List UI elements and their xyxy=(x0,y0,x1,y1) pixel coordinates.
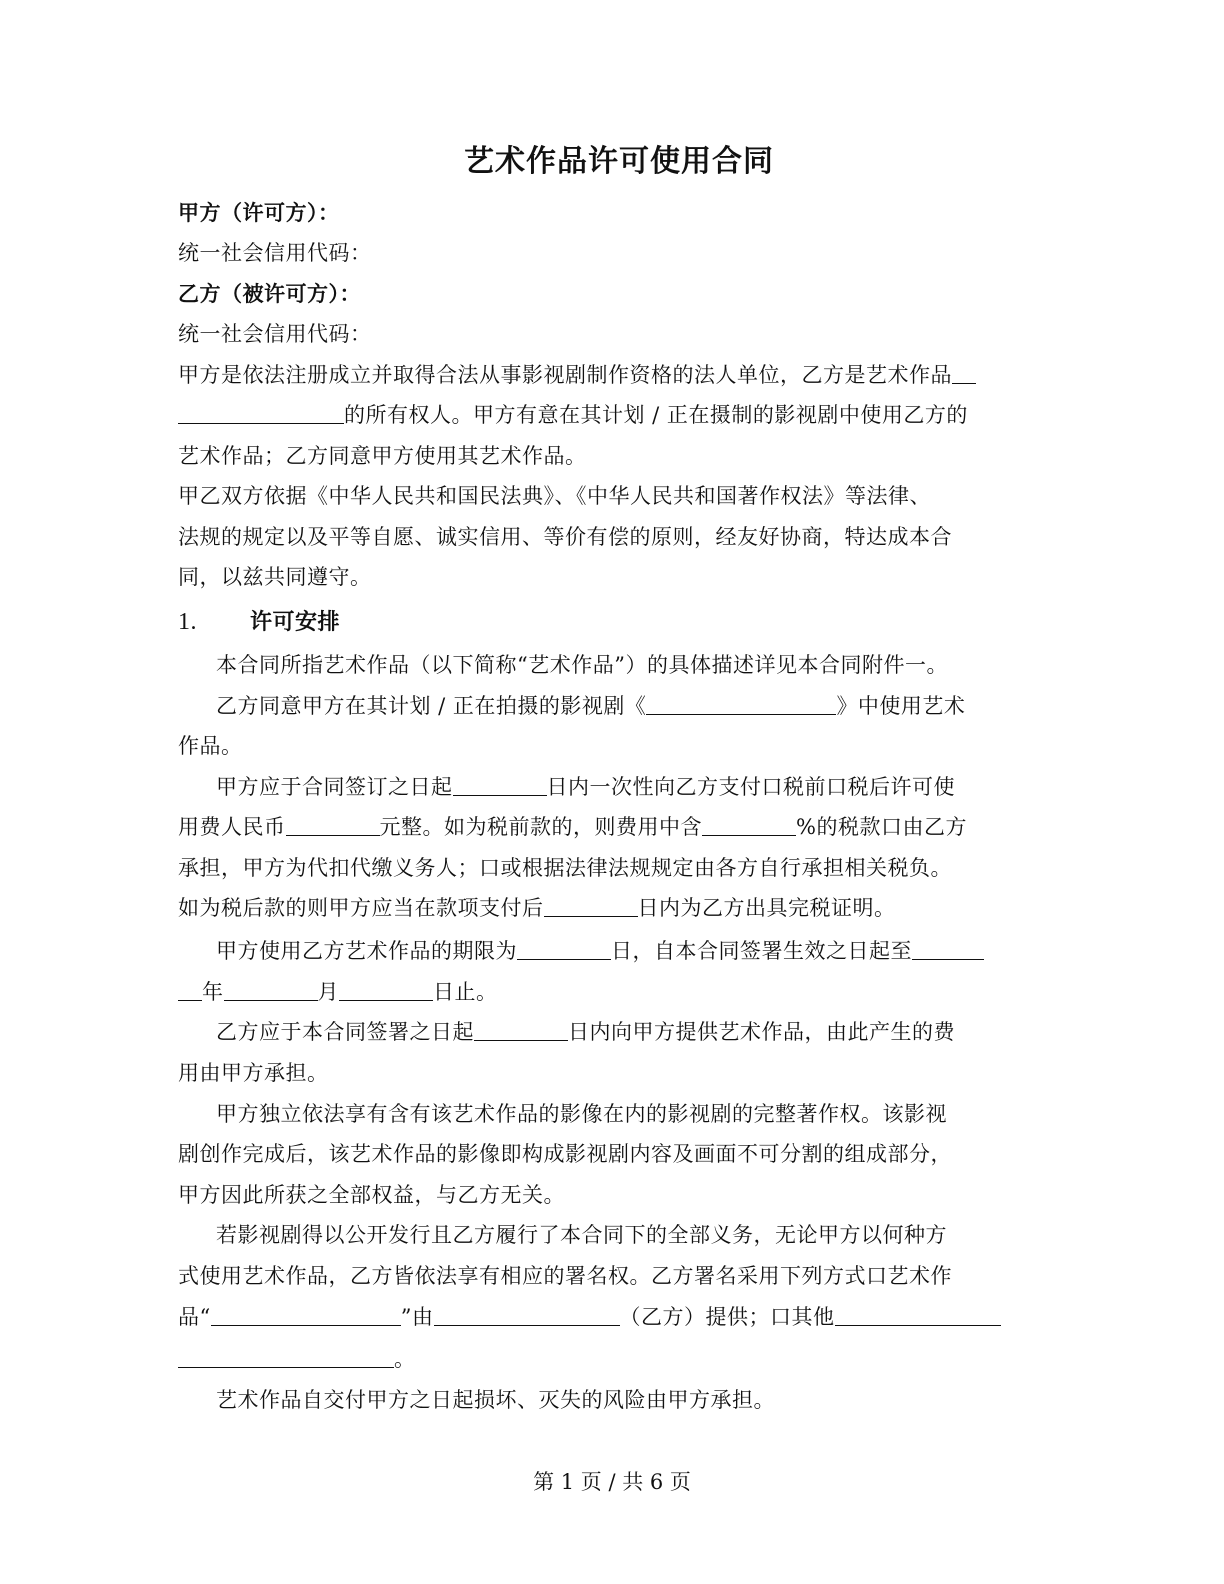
text: 》中使用艺术 xyxy=(836,694,965,718)
text: 品“ xyxy=(178,1305,211,1329)
blank-field[interactable] xyxy=(544,894,638,917)
party-b-label: 乙方（被许可方）： xyxy=(178,274,361,314)
page-footer: 第 1 页 / 共 6 页 xyxy=(0,1464,1224,1500)
text: 元整。如为税前款的，则费用中含 xyxy=(380,815,703,839)
preamble-line: 甲方是依法注册成立并取得合法从事影视剧制作资格的法人单位，乙方是艺术作品 xyxy=(178,355,976,395)
preamble-line: 同，以兹共同遵守。 xyxy=(178,557,372,597)
party-a-credit-code: 统一社会信用代码： xyxy=(178,233,372,273)
blank-field[interactable] xyxy=(211,1303,401,1326)
paragraph-line: 用由甲方承担。 xyxy=(178,1053,329,1093)
paragraph-line: 本合同所指艺术作品（以下简称“艺术作品”）的具体描述详见本合同附件一。 xyxy=(216,645,948,685)
text: 日内为乙方出具完税证明。 xyxy=(638,896,896,920)
document-title: 艺术作品许可使用合同 xyxy=(178,140,1060,184)
paragraph-line: 品“”由（乙方）提供；口其他 xyxy=(178,1297,1001,1337)
text: 如为税后款的则甲方应当在款项支付后 xyxy=(178,896,544,920)
text: 日内向甲方提供艺术作品，由此产生的费 xyxy=(568,1020,955,1044)
blank-field[interactable] xyxy=(952,361,976,384)
text: 乙方同意甲方在其计划 / 正在拍摄的影视剧《 xyxy=(216,694,646,718)
paragraph-line: 甲方使用乙方艺术作品的期限为日，自本合同签署生效之日起至 xyxy=(216,931,984,971)
paragraph-line: 式使用艺术作品，乙方皆依法享有相应的署名权。乙方署名采用下列方式口艺术作 xyxy=(178,1256,952,1296)
text: 日止。 xyxy=(433,980,498,1004)
blank-field[interactable] xyxy=(474,1018,568,1041)
preamble-line: 艺术作品；乙方同意甲方使用其艺术作品。 xyxy=(178,436,587,476)
blank-field[interactable] xyxy=(178,1345,394,1368)
paragraph-line: 作品。 xyxy=(178,726,243,766)
paragraph-line: 如为税后款的则甲方应当在款项支付后日内为乙方出具完税证明。 xyxy=(178,888,896,928)
text: 月 xyxy=(318,980,340,1004)
preamble-line: 的所有权人。甲方有意在其计划 / 正在摄制的影视剧中使用乙方的 xyxy=(178,395,968,435)
text: 用费人民币 xyxy=(178,815,286,839)
text: 日，自本合同签署生效之日起至 xyxy=(611,939,912,963)
party-b-credit-code: 统一社会信用代码： xyxy=(178,314,372,354)
blank-field[interactable] xyxy=(339,978,433,1001)
section-heading: 1.许可安排 xyxy=(178,602,340,642)
blank-field[interactable] xyxy=(646,692,836,715)
text: ”由 xyxy=(401,1305,434,1329)
text: 甲方使用乙方艺术作品的期限为 xyxy=(216,939,517,963)
text: 。 xyxy=(394,1347,416,1371)
paragraph-line: 用费人民币元整。如为税前款的，则费用中含%的税款口由乙方 xyxy=(178,807,967,847)
blank-field[interactable] xyxy=(178,401,344,424)
section-number: 1. xyxy=(178,602,250,642)
paragraph-line: 乙方同意甲方在其计划 / 正在拍摄的影视剧《》中使用艺术 xyxy=(216,686,965,726)
party-a-label: 甲方（许可方）： xyxy=(178,193,340,233)
text: 的所有权人。甲方有意在其计划 / 正在摄制的影视剧中使用乙方的 xyxy=(344,403,968,427)
text: 乙方应于本合同签署之日起 xyxy=(216,1020,474,1044)
paragraph-line: 若影视剧得以公开发行且乙方履行了本合同下的全部义务，无论甲方以何种方 xyxy=(216,1215,947,1255)
blank-field[interactable] xyxy=(835,1303,1001,1326)
text: 年 xyxy=(202,980,224,1004)
paragraph-line: 年月日止。 xyxy=(178,972,498,1012)
preamble-line: 法规的规定以及平等自愿、诚实信用、等价有偿的原则，经友好协商，特达成本合 xyxy=(178,517,952,557)
text: %的税款口由乙方 xyxy=(796,815,967,839)
text: 日内一次性向乙方支付口税前口税后许可使 xyxy=(547,775,956,799)
text: （乙方）提供；口其他 xyxy=(620,1305,835,1329)
paragraph-line: 乙方应于本合同签署之日起日内向甲方提供艺术作品，由此产生的费 xyxy=(216,1012,955,1052)
preamble-line: 甲乙双方依据《中华人民共和国民法典》、《中华人民共和国著作权法》等法律、 xyxy=(178,476,931,516)
paragraph-line: 甲方因此所获之全部权益，与乙方无关。 xyxy=(178,1175,565,1215)
blank-field[interactable] xyxy=(517,937,611,960)
blank-field[interactable] xyxy=(434,1303,620,1326)
blank-field[interactable] xyxy=(912,937,984,960)
text: 甲方应于合同签订之日起 xyxy=(216,775,453,799)
paragraph-line: 甲方应于合同签订之日起日内一次性向乙方支付口税前口税后许可使 xyxy=(216,767,955,807)
text: 甲方是依法注册成立并取得合法从事影视剧制作资格的法人单位，乙方是艺术作品 xyxy=(178,363,952,387)
paragraph-line: 承担，甲方为代扣代缴义务人；口或根据法律法规规定由各方自行承担相关税负。 xyxy=(178,848,952,888)
section-title: 许可安排 xyxy=(250,609,340,635)
paragraph-line: 艺术作品自交付甲方之日起损坏、灭失的风险由甲方承担。 xyxy=(216,1380,775,1420)
paragraph-line: 剧创作完成后，该艺术作品的影像即构成影视剧内容及画面不可分割的组成部分， xyxy=(178,1134,952,1174)
blank-field[interactable] xyxy=(453,773,547,796)
blank-field[interactable] xyxy=(178,978,202,1001)
blank-field[interactable] xyxy=(224,978,318,1001)
paragraph-line: 甲方独立依法享有含有该艺术作品的影像在内的影视剧的完整著作权。该影视 xyxy=(216,1094,947,1134)
blank-field[interactable] xyxy=(702,813,796,836)
blank-field[interactable] xyxy=(286,813,380,836)
paragraph-line: 。 xyxy=(178,1339,416,1379)
